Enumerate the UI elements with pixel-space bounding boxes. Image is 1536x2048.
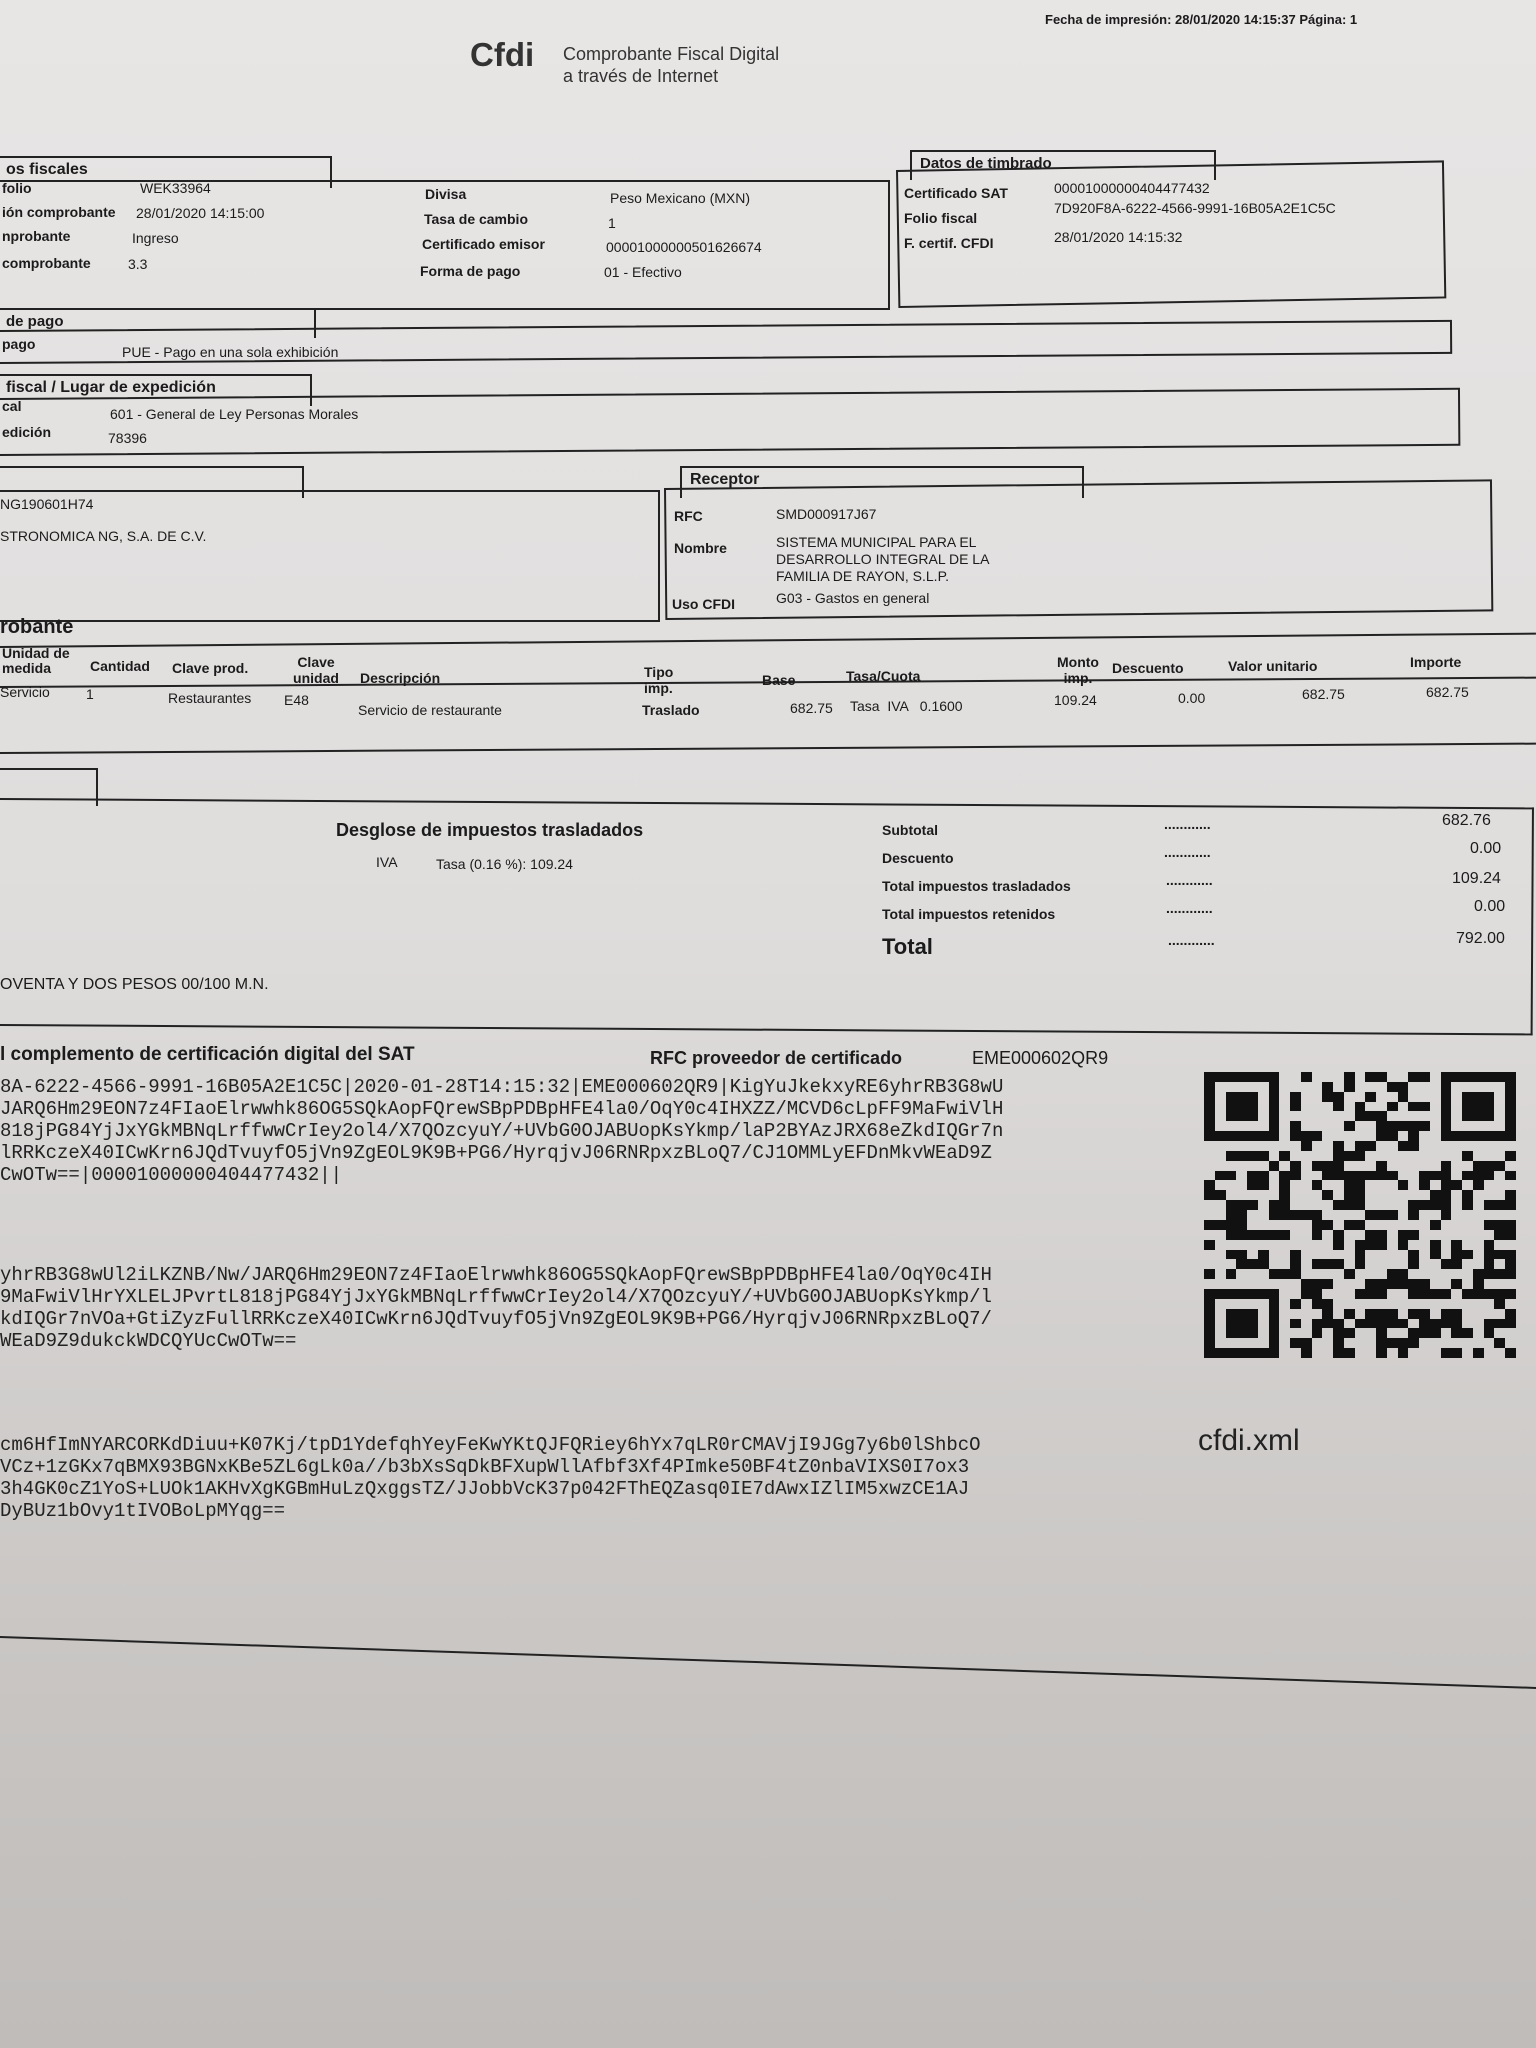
code-line: lRRKczeX40ICwKrn6JQdTvuyfO5jVn9ZgEOL9K9B… — [0, 1142, 1003, 1164]
print-date: Fecha de impresión: 28/01/2020 14:15:37 … — [1045, 12, 1357, 27]
col-header: Clave unidad — [286, 654, 346, 686]
receptor-uso-cfdi: G03 - Gastos en general — [776, 590, 929, 606]
code-line: 8A-6222-4566-9991-16B05A2E1C5C|2020-01-2… — [0, 1076, 1003, 1098]
code-line: JARQ6Hm29EON7z4FIaoElrwwhk86OG5SQkAopFQr… — [0, 1098, 1003, 1120]
field-value: 78396 — [108, 430, 147, 446]
code-line: cm6HfImNYARCORKdDiuu+K07Kj/tpD1YdefqhYey… — [0, 1434, 981, 1456]
cell-tasa: Tasa IVA 0.1600 — [850, 698, 963, 714]
qr-code — [1204, 1072, 1516, 1358]
impuestos-trasladados-value: 109.24 — [1452, 870, 1501, 888]
field-value: 601 - General de Ley Personas Morales — [110, 406, 358, 422]
header-subtitle-1: Comprobante Fiscal Digital — [563, 44, 779, 65]
cadena-original: 8A-6222-4566-9991-16B05A2E1C5C|2020-01-2… — [0, 1076, 1003, 1186]
col-header: Monto imp. — [1048, 654, 1108, 686]
col-header: Unidad de medida — [2, 646, 92, 676]
col-header: Tasa/Cuota — [846, 668, 920, 684]
cell-cantidad: 1 — [86, 686, 94, 702]
col-header: Tipo imp. — [644, 664, 694, 696]
code-line: kdIQGr7nVOa+GtiZyzFullRRKczeX40ICwKrn6JQ… — [0, 1308, 992, 1330]
code-line: 3h4GK0cZ1YoS+LUOk1AKHvXgKGBmHuLzQxggsTZ/… — [0, 1478, 981, 1500]
field-value: 01 - Efectivo — [604, 264, 682, 280]
field-label: RFC — [674, 508, 703, 524]
impuestos-retenidos-value: 0.00 — [1474, 898, 1505, 916]
code-line: yhrRB3G8wUl2iLKZNB/Nw/JARQ6Hm29EON7z4FIa… — [0, 1264, 992, 1286]
field-label: Forma de pago — [420, 263, 520, 279]
cell-clave-unidad: E48 — [284, 692, 309, 708]
field-label: Divisa — [425, 186, 466, 202]
cell-clave-prod: Restaurantes — [168, 690, 251, 706]
totals-box — [0, 798, 1534, 1035]
code-line: CwOTw==|00001000000404477432|| — [0, 1164, 1003, 1186]
field-value: 7D920F8A-6222-4566-9991-16B05A2E1C5C — [1054, 200, 1336, 216]
cell-descripcion: Servicio de restaurante — [358, 702, 502, 718]
descuento-value: 0.00 — [1470, 840, 1501, 858]
total-dots: ............ — [1168, 932, 1215, 948]
code-line: DyBUz1bOvy1tIVOBoLpMYqg== — [0, 1500, 981, 1522]
cell-monto-imp: 109.24 — [1054, 692, 1097, 708]
receptor-nombre-1: SISTEMA MUNICIPAL PARA EL — [776, 534, 976, 550]
total-dots: ............ — [1166, 900, 1213, 916]
total-dots: ............ — [1164, 816, 1211, 832]
total-label: Total — [882, 934, 933, 960]
qr-caption: cfdi.xml — [1198, 1424, 1300, 1458]
col-header: Descuento — [1112, 660, 1184, 676]
field-label: nprobante — [2, 228, 70, 244]
sello-cfdi: yhrRB3G8wUl2iLKZNB/Nw/JARQ6Hm29EON7z4FIa… — [0, 1264, 992, 1352]
total-value: 792.00 — [1456, 930, 1505, 948]
emisor-nombre: STRONOMICA NG, S.A. DE C.V. — [0, 528, 206, 544]
field-value: 28/01/2020 14:15:32 — [1054, 229, 1182, 245]
amount-in-words: OVENTA Y DOS PESOS 00/100 M.N. — [0, 976, 269, 994]
bottom-rule — [0, 1636, 1536, 1689]
col-header: Cantidad — [90, 658, 150, 674]
cell-base: 682.75 — [790, 700, 833, 716]
cell-tipo-imp: Traslado — [642, 702, 700, 718]
desglose-tax-detail: Tasa (0.16 %): 109.24 — [436, 856, 573, 872]
total-label: Descuento — [882, 850, 954, 866]
field-label: Tasa de cambio — [424, 211, 528, 227]
total-dots: ............ — [1166, 872, 1213, 888]
field-label: ión comprobante — [2, 204, 116, 220]
field-value: PUE - Pago en una sola exhibición — [122, 344, 338, 360]
receptor-nombre-3: FAMILIA DE RAYON, S.L.P. — [776, 568, 949, 584]
conceptos-title: robante — [0, 616, 73, 639]
total-label: Total impuestos retenidos — [882, 906, 1055, 922]
subtotal-value: 682.76 — [1442, 812, 1491, 830]
field-label: edición — [2, 424, 51, 440]
sello-sat: cm6HfImNYARCORKdDiuu+K07Kj/tpD1YdefqhYey… — [0, 1434, 981, 1522]
field-value: 00001000000501626674 — [606, 239, 762, 255]
field-label: F. certif. CFDI — [904, 235, 993, 251]
col-header: Base — [762, 672, 795, 688]
col-header: Clave prod. — [172, 660, 248, 676]
cfdi-invoice-page: Fecha de impresión: 28/01/2020 14:15:37 … — [0, 0, 1536, 2048]
conceptos-bottom-rule — [0, 743, 1536, 754]
total-label: Total impuestos trasladados — [882, 878, 1071, 894]
col-header: Valor unitario — [1228, 658, 1317, 674]
field-value: Peso Mexicano (MXN) — [610, 190, 750, 206]
field-label: pago — [2, 336, 35, 352]
desglose-tax-name: IVA — [376, 854, 398, 870]
cell-importe: 682.75 — [1426, 684, 1469, 700]
code-line: VCz+1zGKx7qBMX93BGNxKBe5ZL6gLk0a//b3bXsS… — [0, 1456, 981, 1478]
code-line: 9MaFwiVlHrYXLELJPvrtL818jPG84YjJxYGkMBNq… — [0, 1286, 992, 1308]
field-label: Nombre — [674, 540, 727, 556]
field-label: Uso CFDI — [672, 596, 735, 612]
col-header: Importe — [1410, 654, 1461, 670]
code-line: 818jPG84YjJxYGkMBNqLrffwwCrIey2ol4/X7QOz… — [0, 1120, 1003, 1142]
field-label: Folio fiscal — [904, 210, 977, 226]
total-label: Subtotal — [882, 822, 938, 838]
field-value: 3.3 — [128, 256, 147, 272]
receptor-rfc: SMD000917J67 — [776, 506, 876, 522]
code-line: WEaD9Z9dukckWDCQYUcCwOTw== — [0, 1330, 992, 1352]
field-label: cal — [2, 398, 21, 414]
conceptos-top-rule — [0, 633, 1536, 648]
cell-unidad: Servicio — [0, 684, 50, 700]
header-subtitle-2: a través de Internet — [563, 66, 718, 87]
field-label: folio — [2, 180, 32, 196]
emisor-rfc: NG190601H74 — [0, 496, 93, 512]
field-value: 1 — [608, 215, 616, 231]
field-value: WEK33964 — [140, 180, 211, 196]
field-label: comprobante — [2, 255, 91, 271]
total-dots: ............ — [1164, 844, 1211, 860]
field-value: 28/01/2020 14:15:00 — [136, 205, 264, 221]
cell-valor-unitario: 682.75 — [1302, 686, 1345, 702]
cell-descuento: 0.00 — [1178, 690, 1205, 706]
cfdi-logo: Cfdi — [470, 36, 534, 74]
col-header: Descripción — [360, 670, 440, 686]
rfc-proveedor-label: RFC proveedor de certificado — [650, 1048, 902, 1069]
desglose-title: Desglose de impuestos trasladados — [336, 820, 643, 841]
field-value: Ingreso — [132, 230, 179, 246]
field-label: Certificado emisor — [422, 236, 545, 252]
field-value: 00001000000404477432 — [1054, 180, 1210, 196]
field-label: Certificado SAT — [904, 185, 1008, 201]
emisor-box — [0, 490, 660, 622]
sat-complement-title: l complemento de certificación digital d… — [0, 1044, 415, 1066]
rfc-proveedor-value: EME000602QR9 — [972, 1048, 1108, 1069]
receptor-nombre-2: DESARROLLO INTEGRAL DE LA — [776, 551, 989, 567]
